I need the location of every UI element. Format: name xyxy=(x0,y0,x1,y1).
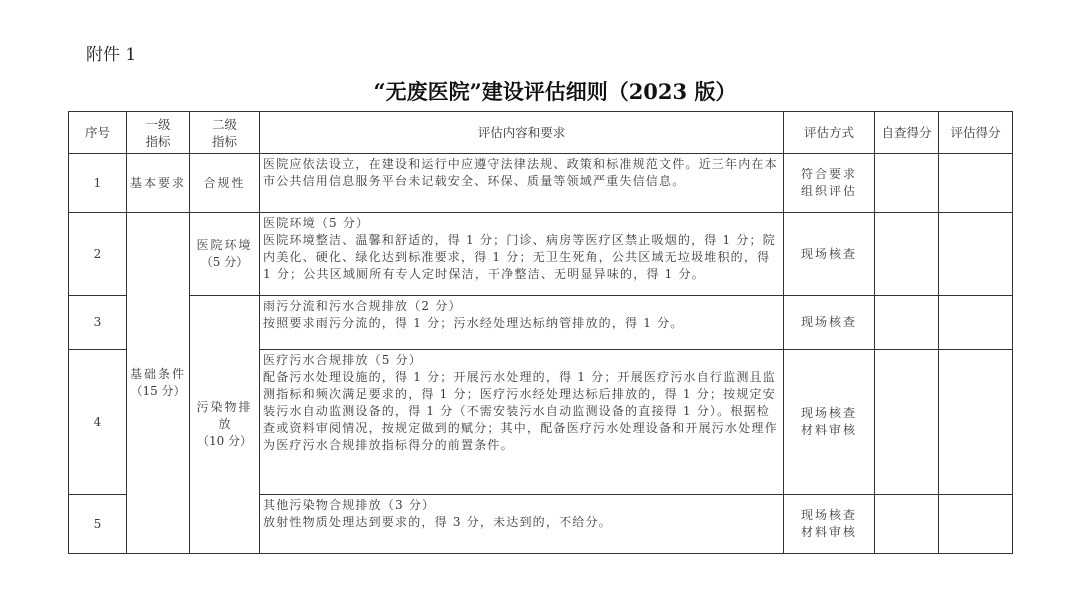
row-method: 现场核查 xyxy=(784,296,875,350)
level2-name-line2: 放 xyxy=(190,416,259,433)
table-row: 3 污染物排 放 （10 分） 雨污分流和污水合规排放（2 分） 按照要求雨污分… xyxy=(69,296,1013,350)
row-seq: 4 xyxy=(69,350,127,495)
header-level2-line1: 二级 xyxy=(190,116,259,133)
level1-name: 基础条件 xyxy=(127,366,189,383)
self-score-cell[interactable] xyxy=(875,350,939,495)
level1-basic-requirements: 基本要求 xyxy=(127,154,190,213)
method-line1: 现场核查 xyxy=(784,314,874,331)
self-score-cell[interactable] xyxy=(875,213,939,296)
row-method: 现场核查 材料审核 xyxy=(784,350,875,495)
row-content: 其他污染物合规排放（3 分） 放射性物质处理达到要求的，得 3 分，未达到的，不… xyxy=(260,495,784,554)
header-level1-line2: 指标 xyxy=(127,133,189,150)
content-head: 其他污染物合规排放（3 分） xyxy=(263,497,780,514)
row-method: 符合要求 组织评估 xyxy=(784,154,875,213)
method-line1: 现场核查 xyxy=(784,507,874,524)
content-body: 医院环境整洁、温馨和舒适的，得 1 分；门诊、病房等医疗区禁止吸烟的，得 1 分… xyxy=(263,232,780,283)
row-method: 现场核查 材料审核 xyxy=(784,495,875,554)
row-content: 医疗污水合规排放（5 分） 配备污水处理设施的，得 1 分；开展污水处理的，得 … xyxy=(260,350,784,495)
self-score-cell[interactable] xyxy=(875,495,939,554)
header-eval-score: 评估得分 xyxy=(939,112,1013,154)
row-seq: 3 xyxy=(69,296,127,350)
header-self-score: 自查得分 xyxy=(875,112,939,154)
eval-score-cell[interactable] xyxy=(939,495,1013,554)
table-row: 2 基础条件 （15 分） 医院环境 （5 分） 医院环境（5 分） 医院环境整… xyxy=(69,213,1013,296)
level2-hospital-environment: 医院环境 （5 分） xyxy=(190,213,260,296)
header-row: 序号 一级 指标 二级 指标 评估内容和要求 评估方式 自查得分 评估得分 xyxy=(69,112,1013,154)
document-title: “无废医院”建设评估细则（2023 版） xyxy=(0,76,1080,106)
content-head: 雨污分流和污水合规排放（2 分） xyxy=(263,298,780,315)
table-row: 1 基本要求 合规性 医院应依法设立，在建设和运行中应遵守法律法规、政策和标准规… xyxy=(69,154,1013,213)
level2-name-line1: 污染物排 xyxy=(190,399,259,416)
content-body: 医院应依法设立，在建设和运行中应遵守法律法规、政策和标准规范文件。近三年内在本市… xyxy=(263,156,780,190)
row-content: 医院应依法设立，在建设和运行中应遵守法律法规、政策和标准规范文件。近三年内在本市… xyxy=(260,154,784,213)
row-seq: 1 xyxy=(69,154,127,213)
level1-score: （15 分） xyxy=(127,383,189,400)
method-line2: 材料审核 xyxy=(784,524,874,541)
method-line1: 现场核查 xyxy=(784,246,874,263)
row-method: 现场核查 xyxy=(784,213,875,296)
method-line1: 符合要求 xyxy=(784,166,874,183)
eval-score-cell[interactable] xyxy=(939,296,1013,350)
eval-score-cell[interactable] xyxy=(939,350,1013,495)
content-head: 医院环境（5 分） xyxy=(263,215,780,232)
header-method: 评估方式 xyxy=(784,112,875,154)
header-seq: 序号 xyxy=(69,112,127,154)
header-level1: 一级 指标 xyxy=(127,112,190,154)
row-content: 雨污分流和污水合规排放（2 分） 按照要求雨污分流的，得 1 分；污水经处理达标… xyxy=(260,296,784,350)
level1-basic-conditions: 基础条件 （15 分） xyxy=(127,213,190,554)
header-content: 评估内容和要求 xyxy=(260,112,784,154)
level2-score: （5 分） xyxy=(190,254,259,271)
content-head: 医疗污水合规排放（5 分） xyxy=(263,352,780,369)
header-level2: 二级 指标 xyxy=(190,112,260,154)
eval-score-cell[interactable] xyxy=(939,213,1013,296)
content-body: 放射性物质处理达到要求的，得 3 分，未达到的，不给分。 xyxy=(263,514,780,531)
row-seq: 2 xyxy=(69,213,127,296)
self-score-cell[interactable] xyxy=(875,154,939,213)
level2-name: 医院环境 xyxy=(190,237,259,254)
self-score-cell[interactable] xyxy=(875,296,939,350)
row-content: 医院环境（5 分） 医院环境整洁、温馨和舒适的，得 1 分；门诊、病房等医疗区禁… xyxy=(260,213,784,296)
method-line2: 材料审核 xyxy=(784,422,874,439)
method-line1: 现场核查 xyxy=(784,405,874,422)
level2-compliance: 合规性 xyxy=(190,154,260,213)
content-body: 按照要求雨污分流的，得 1 分；污水经处理达标纳管排放的，得 1 分。 xyxy=(263,315,780,332)
evaluation-table: 序号 一级 指标 二级 指标 评估内容和要求 评估方式 自查得分 评估得分 1 … xyxy=(68,111,1013,554)
level2-score: （10 分） xyxy=(190,433,259,450)
method-line2: 组织评估 xyxy=(784,183,874,200)
level2-pollutant-discharge: 污染物排 放 （10 分） xyxy=(190,296,260,554)
row-seq: 5 xyxy=(69,495,127,554)
header-level1-line1: 一级 xyxy=(127,116,189,133)
content-body: 配备污水处理设施的，得 1 分；开展污水处理的，得 1 分；开展医疗污水自行监测… xyxy=(263,369,780,454)
header-level2-line2: 指标 xyxy=(190,133,259,150)
attachment-label: 附件 1 xyxy=(86,40,136,65)
eval-score-cell[interactable] xyxy=(939,154,1013,213)
